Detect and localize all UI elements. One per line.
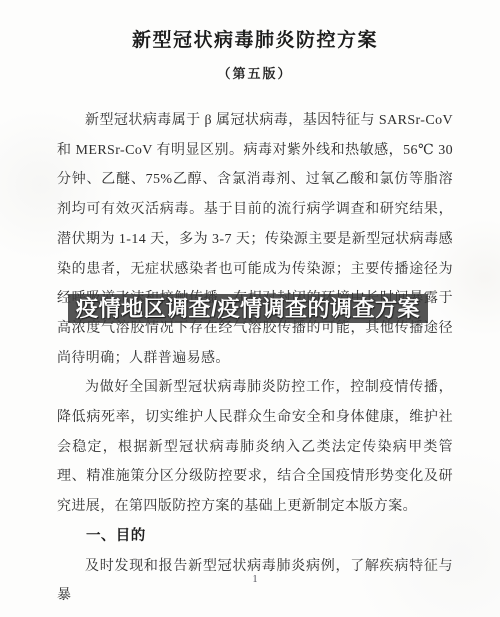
page-number: 1 [57,574,453,585]
document-subtitle: （第五版） [57,63,453,82]
document-title: 新型冠状病毒肺炎防控方案 [57,28,453,54]
paragraph-virus-description: 新型冠状病毒属于 β 属冠状病毒，基因特征与 SARSr-CoV 和 MERSr… [57,106,453,373]
paragraph-plan-purpose: 为做好全国新型冠状病毒肺炎防控工作，控制疫情传播，降低病死率，切实维护人民群众生… [57,373,453,522]
document-body: 新型冠状病毒属于 β 属冠状病毒，基因特征与 SARSr-CoV 和 MERSr… [57,106,453,611]
caption-overlay-text: 疫情地区调查/疫情调查的调查方案 [76,294,420,323]
section-heading-objective: 一、目的 [57,522,453,552]
document-page: 新型冠状病毒肺炎防控方案 （第五版） 新型冠状病毒属于 β 属冠状病毒，基因特征… [0,0,500,617]
caption-overlay-banner: 疫情地区调查/疫情调查的调查方案 [68,294,428,323]
